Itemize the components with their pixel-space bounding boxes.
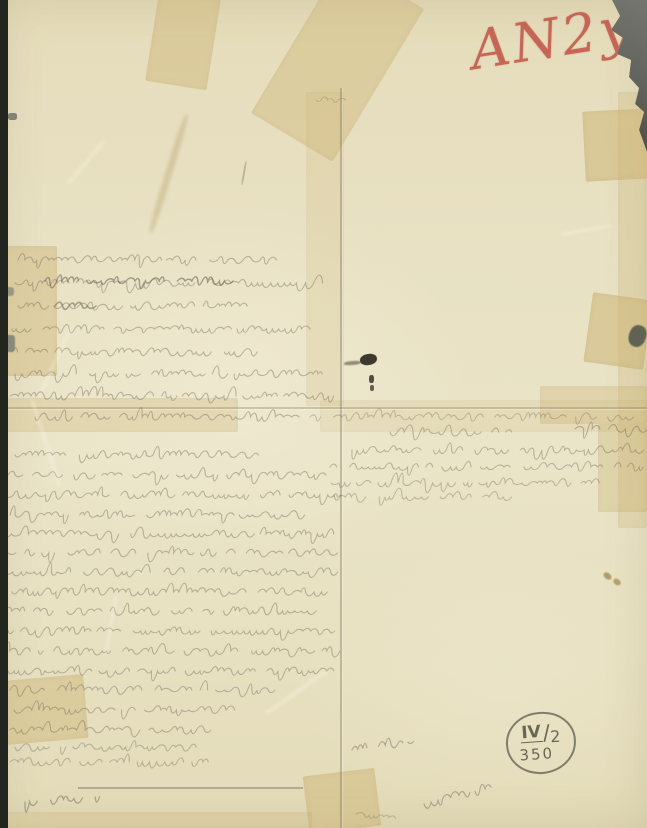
handwriting-line [14, 741, 198, 755]
letter-verso-paper: AN2ye IV / 2 350 [0, 0, 647, 828]
handwriting-line [0, 627, 335, 641]
mirrored-handwriting-bleedthrough [0, 0, 647, 828]
handwriting-line [355, 812, 396, 821]
scanned-document: AN2ye IV / 2 350 [0, 0, 647, 828]
handwriting-line [9, 681, 286, 697]
edge-mark [8, 113, 17, 120]
stamp-line2: 350 [519, 746, 555, 763]
handwriting-line [389, 425, 513, 440]
edge-mark [2, 287, 14, 296]
handwriting-line [329, 473, 601, 493]
handwriting-line [316, 97, 347, 103]
handwriting-line [9, 721, 213, 737]
ink-speck [370, 385, 374, 391]
handwriting-line [17, 301, 248, 310]
handwriting-line [424, 779, 503, 809]
handwriting-line [6, 546, 338, 562]
handwriting-line [9, 387, 341, 403]
ink-speck [369, 375, 374, 383]
handwriting-line [11, 325, 311, 334]
handwriting-line [329, 461, 645, 475]
handwriting-line [3, 526, 345, 544]
handwriting-line [0, 563, 339, 578]
handwriting-line [11, 348, 258, 359]
handwriting-line [34, 408, 301, 422]
handwriting-line [11, 583, 342, 598]
handwriting-line [4, 642, 342, 657]
stamp-roman-numeral: IV [520, 724, 543, 743]
handwriting-line [17, 253, 278, 268]
handwriting-line [573, 422, 647, 438]
edge-mark [0, 335, 15, 352]
handwriting-line [352, 735, 414, 754]
handwriting-line [350, 443, 645, 460]
handwriting-line [12, 701, 236, 719]
handwriting-line [3, 487, 342, 505]
handwriting-line [4, 603, 317, 615]
handwriting-line [309, 409, 644, 425]
stamp-number: 2 [550, 728, 561, 746]
handwriting-line [24, 793, 100, 812]
handwriting-line [6, 666, 334, 681]
handwriting-line [8, 506, 306, 524]
signature-rule [78, 787, 303, 789]
handwriting-line [44, 275, 234, 289]
handwriting-line [13, 275, 324, 292]
handwriting-line [9, 754, 210, 768]
handwriting-line [332, 488, 514, 505]
stamp-line1: IV / 2 [520, 723, 561, 748]
handwriting-line [13, 365, 333, 383]
